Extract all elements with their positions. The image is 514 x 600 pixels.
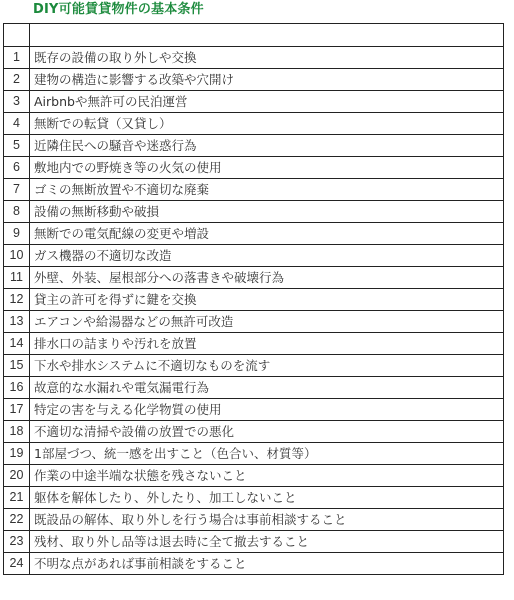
row-condition: 既設品の解体、取り外しを行う場合は事前相談すること	[30, 509, 504, 531]
row-condition: 排水口の詰まりや汚れを放置	[30, 333, 504, 355]
table-row: 24 不明な点があれば事前相談をすること	[4, 553, 504, 575]
row-number: 13	[4, 311, 30, 333]
row-number: 24	[4, 553, 30, 575]
row-number: 8	[4, 201, 30, 223]
row-number: 6	[4, 157, 30, 179]
page-title: DIY可能賃貸物件の基本条件	[33, 2, 204, 18]
table-row: 5 近隣住民への騒音や迷惑行為	[4, 135, 504, 157]
table-row: 21 躯体を解体したり、外したり、加工しないこと	[4, 487, 504, 509]
table-row: 9 無断での電気配線の変更や増設	[4, 223, 504, 245]
row-number: 15	[4, 355, 30, 377]
row-number: 16	[4, 377, 30, 399]
row-number: 12	[4, 289, 30, 311]
table-row: 18 不適切な清掃や設備の放置での悪化	[4, 421, 504, 443]
row-number: 10	[4, 245, 30, 267]
row-number: 20	[4, 465, 30, 487]
table-row: 23 残材、取り外し品等は退去時に全て撤去すること	[4, 531, 504, 553]
table-row: 2 建物の構造に影響する改築や穴開け	[4, 69, 504, 91]
row-number: 1	[4, 47, 30, 69]
table-row: 12 貸主の許可を得ずに鍵を交換	[4, 289, 504, 311]
row-condition: ゴミの無断放置や不適切な廃棄	[30, 179, 504, 201]
table-row: 10 ガス機器の不適切な改造	[4, 245, 504, 267]
row-condition: 故意的な水漏れや電気漏電行為	[30, 377, 504, 399]
row-condition: 無断での電気配線の変更や増設	[30, 223, 504, 245]
row-condition: 特定の害を与える化学物質の使用	[30, 399, 504, 421]
row-number: 14	[4, 333, 30, 355]
row-number: 23	[4, 531, 30, 553]
row-condition: 残材、取り外し品等は退去時に全て撤去すること	[30, 531, 504, 553]
row-condition: 貸主の許可を得ずに鍵を交換	[30, 289, 504, 311]
table-row: 7 ゴミの無断放置や不適切な廃棄	[4, 179, 504, 201]
row-number: 17	[4, 399, 30, 421]
table-row: 17 特定の害を与える化学物質の使用	[4, 399, 504, 421]
row-condition: 不明な点があれば事前相談をすること	[30, 553, 504, 575]
row-number: 22	[4, 509, 30, 531]
header-condition-cell	[30, 24, 504, 47]
row-condition: ガス機器の不適切な改造	[30, 245, 504, 267]
row-condition: 不適切な清掃や設備の放置での悪化	[30, 421, 504, 443]
row-number: 11	[4, 267, 30, 289]
conditions-table: 1 既存の設備の取り外しや交換 2 建物の構造に影響する改築や穴開け 3 Air…	[3, 23, 504, 575]
row-number: 21	[4, 487, 30, 509]
row-condition: 設備の無断移動や破損	[30, 201, 504, 223]
table-row: 1 既存の設備の取り外しや交換	[4, 47, 504, 69]
row-condition: 近隣住民への騒音や迷惑行為	[30, 135, 504, 157]
row-number: 2	[4, 69, 30, 91]
row-condition: 躯体を解体したり、外したり、加工しないこと	[30, 487, 504, 509]
row-number: 7	[4, 179, 30, 201]
table-row: 11 外壁、外装、屋根部分への落書きや破壊行為	[4, 267, 504, 289]
row-condition: 1部屋づつ、統一感を出すこと（色合い、材質等）	[30, 443, 504, 465]
row-number: 18	[4, 421, 30, 443]
table-row: 6 敷地内での野焼き等の火気の使用	[4, 157, 504, 179]
row-condition: 作業の中途半端な状態を残さないこと	[30, 465, 504, 487]
table-row: 14 排水口の詰まりや汚れを放置	[4, 333, 504, 355]
table-row: 4 無断での転貸（又貸し）	[4, 113, 504, 135]
table-row: 15 下水や排水システムに不適切なものを流す	[4, 355, 504, 377]
row-condition: 建物の構造に影響する改築や穴開け	[30, 69, 504, 91]
row-condition: Airbnbや無許可の民泊運営	[30, 91, 504, 113]
table-row: 20 作業の中途半端な状態を残さないこと	[4, 465, 504, 487]
table-header-row	[4, 24, 504, 47]
table-row: 22 既設品の解体、取り外しを行う場合は事前相談すること	[4, 509, 504, 531]
row-condition: 敷地内での野焼き等の火気の使用	[30, 157, 504, 179]
row-number: 5	[4, 135, 30, 157]
row-number: 19	[4, 443, 30, 465]
header-number-cell	[4, 24, 30, 47]
row-condition: 既存の設備の取り外しや交換	[30, 47, 504, 69]
row-number: 3	[4, 91, 30, 113]
table-row: 3 Airbnbや無許可の民泊運営	[4, 91, 504, 113]
row-condition: エアコンや給湯器などの無許可改造	[30, 311, 504, 333]
row-condition: 下水や排水システムに不適切なものを流す	[30, 355, 504, 377]
table-row: 19 1部屋づつ、統一感を出すこと（色合い、材質等）	[4, 443, 504, 465]
table-row: 8 設備の無断移動や破損	[4, 201, 504, 223]
row-number: 4	[4, 113, 30, 135]
row-condition: 外壁、外装、屋根部分への落書きや破壊行為	[30, 267, 504, 289]
row-number: 9	[4, 223, 30, 245]
table-row: 13 エアコンや給湯器などの無許可改造	[4, 311, 504, 333]
row-condition: 無断での転貸（又貸し）	[30, 113, 504, 135]
table-row: 16 故意的な水漏れや電気漏電行為	[4, 377, 504, 399]
